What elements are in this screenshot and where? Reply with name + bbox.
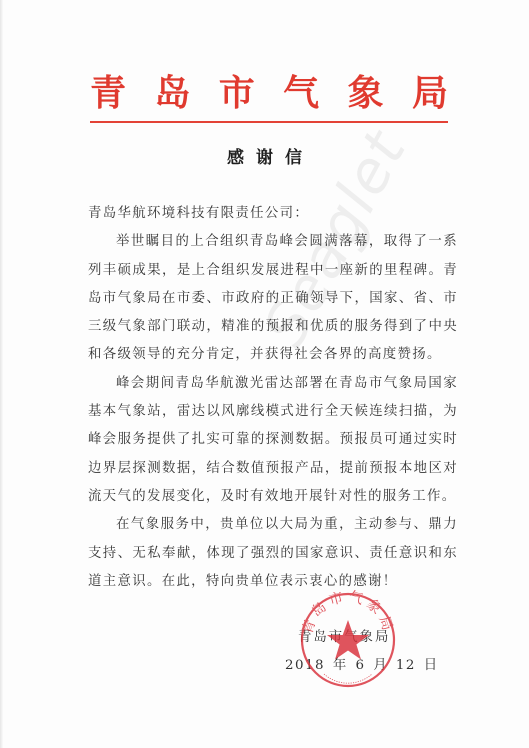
letterhead-divider [90, 121, 448, 123]
letterhead-char: 局 [410, 70, 450, 116]
paragraph-1: 举世瞩目的上合组织青岛峰会圆满落幕，取得了一系列丰硕成果，是上合组织发展进程中一… [88, 228, 458, 369]
paragraph-2: 峰会期间青岛华航激光雷达部署在青岛市气象局国家基本气象站，雷达以风廓线模式进行全… [88, 370, 458, 511]
signature-date: 2018 年 6 月 12 日 [285, 654, 439, 673]
document-title: 感谢信 [0, 143, 529, 168]
letter-body: 青岛华航环境科技有限责任公司： 举世瞩目的上合组织青岛峰会圆满落幕，取得了一系列… [88, 200, 458, 596]
letterhead-char: 象 [346, 70, 386, 116]
signature-organization: 青岛市气象局 [298, 626, 390, 645]
letterhead-char: 市 [217, 70, 257, 116]
letterhead-char: 青 [88, 70, 128, 116]
letterhead-char: 岛 [152, 70, 192, 116]
letterhead-organization-name: 青 岛 市 气 象 局 [88, 70, 450, 116]
page-edge-shadow [0, 0, 3, 748]
letterhead-char: 气 [281, 70, 321, 116]
paragraph-3: 在气象服务中，贵单位以大局为重，主动参与、鼎力支持、无私奉献，体现了强烈的国家意… [88, 511, 458, 596]
salutation: 青岛华航环境科技有限责任公司： [88, 200, 458, 228]
